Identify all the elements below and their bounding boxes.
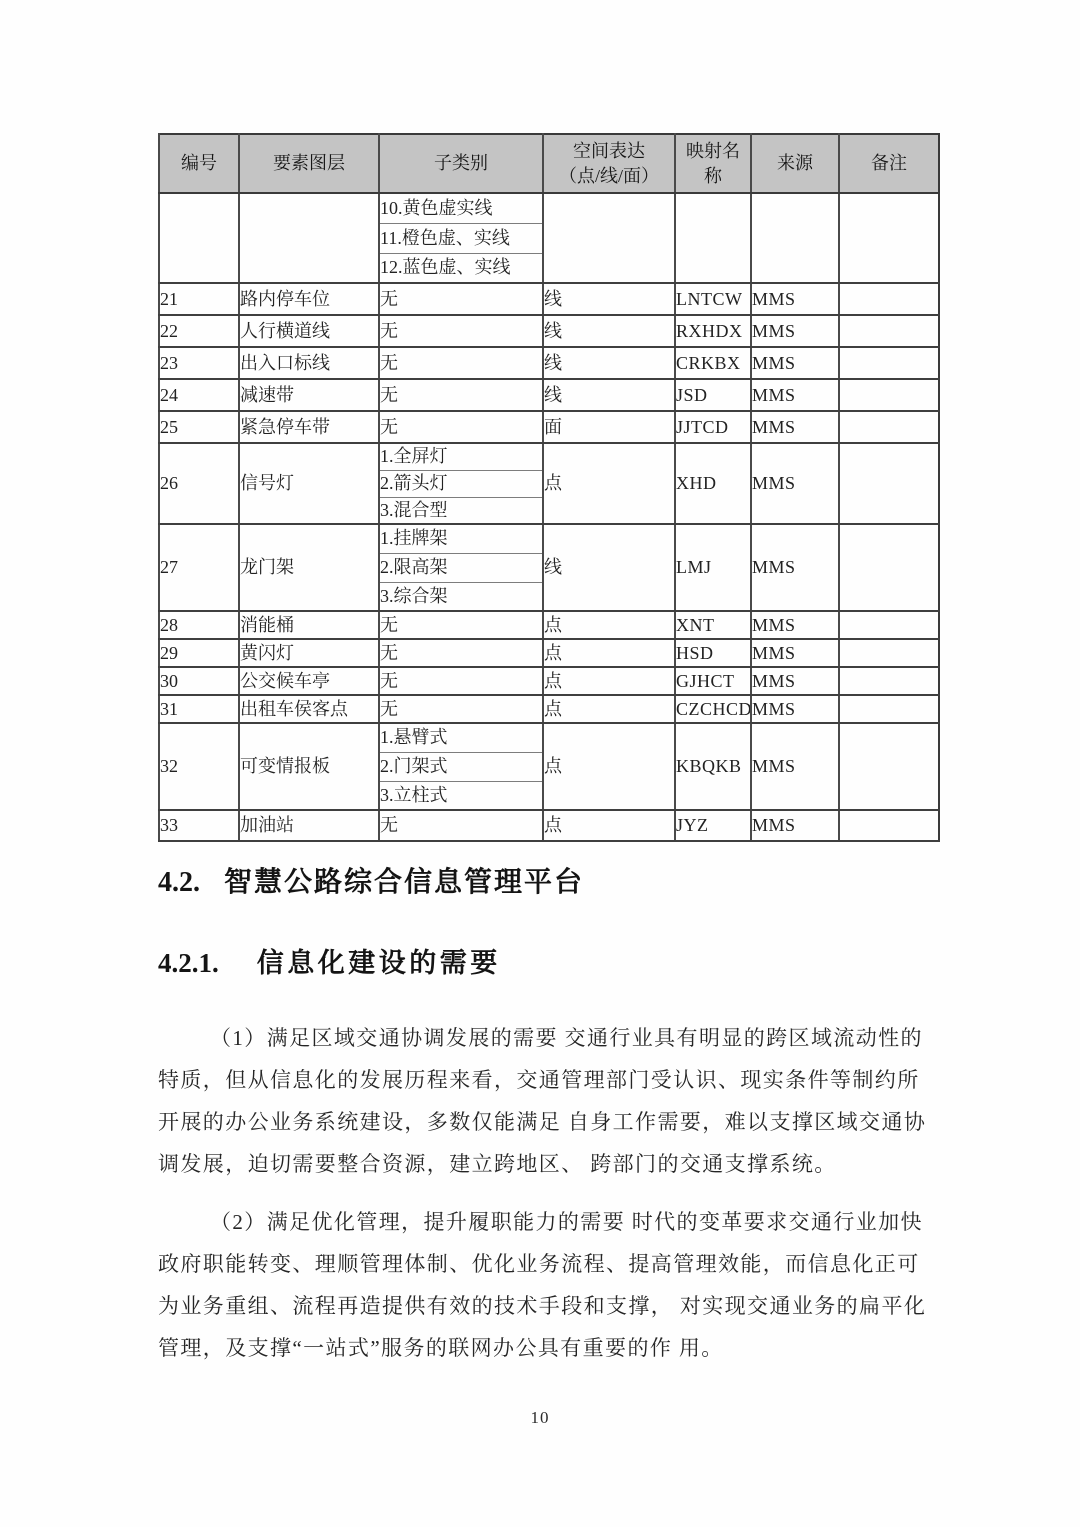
table-cell: 线	[543, 283, 675, 315]
table-cell: 线	[543, 524, 675, 611]
table-cell: 点	[543, 443, 675, 524]
table-cell	[543, 193, 675, 283]
section-heading: 4.2.智慧公路综合信息管理平台	[158, 860, 584, 900]
table-cell: MMS	[751, 695, 839, 723]
table-cell: MMS	[751, 315, 839, 347]
table-cell: LNTCW	[675, 283, 751, 315]
paragraph-1: （1）满足区域交通协调发展的需要 交通行业具有明显的跨区域流动性的 特质，但从信…	[158, 1017, 968, 1185]
section-title: 智慧公路综合信息管理平台	[224, 867, 584, 898]
table-cell	[839, 695, 939, 723]
table-cell: MMS	[751, 283, 839, 315]
table-cell: 线	[543, 315, 675, 347]
table-row: 26信号灯1.全屏灯点XHDMMS	[159, 443, 939, 470]
table-cell	[839, 315, 939, 347]
table-cell: 面	[543, 411, 675, 443]
table-cell	[839, 443, 939, 524]
table-cell: 无	[379, 810, 543, 841]
table-cell: 龙门架	[239, 524, 379, 611]
table-row: 28消能桶无点XNTMMS	[159, 611, 939, 639]
table-cell: 线	[543, 347, 675, 379]
table-cell: JYZ	[675, 810, 751, 841]
table-cell: 28	[159, 611, 239, 639]
column-header: 子类别	[379, 134, 543, 193]
table-cell: 无	[379, 379, 543, 411]
table-cell: 无	[379, 411, 543, 443]
table-cell: 路内停车位	[239, 283, 379, 315]
table-cell: 21	[159, 283, 239, 315]
table-cell: 3.立柱式	[379, 781, 543, 810]
table-cell: 点	[543, 611, 675, 639]
table-row: 29黄闪灯无点HSDMMS	[159, 639, 939, 667]
table-cell: 10.黄色虚实线	[379, 193, 543, 223]
table-cell	[839, 283, 939, 315]
table-row: 30公交候车亭无点GJHCTMMS	[159, 667, 939, 695]
table-cell: 点	[543, 695, 675, 723]
table-cell: 2.限高架	[379, 553, 543, 582]
table-cell: 消能桶	[239, 611, 379, 639]
table-cell	[159, 193, 239, 283]
table-cell: 无	[379, 695, 543, 723]
table-row: 10.黄色虚实线	[159, 193, 939, 223]
table-row: 25紧急停车带无面JJTCDMMS	[159, 411, 939, 443]
table-cell: MMS	[751, 443, 839, 524]
table-row: 27龙门架1.挂牌架线LMJMMS	[159, 524, 939, 553]
subsection-title: 信息化建设的需要	[257, 948, 501, 978]
table-cell: 点	[543, 810, 675, 841]
table-cell: MMS	[751, 611, 839, 639]
table-cell: 22	[159, 315, 239, 347]
table-cell: CZCHCD	[675, 695, 751, 723]
table-cell: 无	[379, 639, 543, 667]
table-cell: JJTCD	[675, 411, 751, 443]
table-cell: 12.蓝色虚、实线	[379, 253, 543, 283]
table-cell: MMS	[751, 379, 839, 411]
column-header: 来源	[751, 134, 839, 193]
page-number: 10	[0, 1408, 1080, 1428]
column-header: 映射名 称	[675, 134, 751, 193]
table-cell: 点	[543, 723, 675, 810]
table-cell	[751, 193, 839, 283]
document-page: 编号要素图层子类别空间表达 （点/线/面）映射名 称来源备注 10.黄色虚实线1…	[0, 0, 1080, 1527]
table-cell	[839, 611, 939, 639]
table-cell	[839, 524, 939, 611]
section-number: 4.2.	[158, 867, 200, 898]
subsection-number: 4.2.1.	[158, 948, 219, 978]
table-cell: MMS	[751, 810, 839, 841]
table-cell: 可变情报板	[239, 723, 379, 810]
header-row: 编号要素图层子类别空间表达 （点/线/面）映射名 称来源备注	[159, 134, 939, 193]
table-row: 21路内停车位无线LNTCWMMS	[159, 283, 939, 315]
paragraph-2: （2）满足优化管理，提升履职能力的需要 时代的变革要求交通行业加快 政府职能转变…	[158, 1201, 968, 1369]
table-cell: MMS	[751, 667, 839, 695]
table-cell: XNT	[675, 611, 751, 639]
table-cell: XHD	[675, 443, 751, 524]
table-cell: 33	[159, 810, 239, 841]
column-header: 备注	[839, 134, 939, 193]
column-header: 空间表达 （点/线/面）	[543, 134, 675, 193]
table-row: 31出租车侯客点无点CZCHCDMMS	[159, 695, 939, 723]
table-cell: 无	[379, 315, 543, 347]
table-cell: LMJ	[675, 524, 751, 611]
table-cell	[839, 347, 939, 379]
table-cell	[839, 193, 939, 283]
table-cell: MMS	[751, 411, 839, 443]
table-cell: MMS	[751, 347, 839, 379]
table-row: 32可变情报板1.悬臂式点KBQKBMMS	[159, 723, 939, 752]
table-cell: 公交候车亭	[239, 667, 379, 695]
table-cell: 24	[159, 379, 239, 411]
table-cell: 29	[159, 639, 239, 667]
table-cell: 信号灯	[239, 443, 379, 524]
table-cell	[839, 379, 939, 411]
table-cell	[839, 723, 939, 810]
table-cell: MMS	[751, 524, 839, 611]
table-cell	[839, 667, 939, 695]
table-cell	[839, 411, 939, 443]
table-cell	[839, 639, 939, 667]
table-cell: CRKBX	[675, 347, 751, 379]
table-cell: 3.综合架	[379, 582, 543, 611]
table-cell: 无	[379, 283, 543, 315]
feature-layer-table: 编号要素图层子类别空间表达 （点/线/面）映射名 称来源备注 10.黄色虚实线1…	[158, 133, 940, 842]
table-cell: 无	[379, 667, 543, 695]
table-row: 22人行横道线无线RXHDXMMS	[159, 315, 939, 347]
table-cell: 3.混合型	[379, 497, 543, 524]
table-cell: 2.门架式	[379, 752, 543, 781]
table-cell: 点	[543, 639, 675, 667]
table-cell: HSD	[675, 639, 751, 667]
table-cell: KBQKB	[675, 723, 751, 810]
table-cell: 出入口标线	[239, 347, 379, 379]
table-cell: 人行横道线	[239, 315, 379, 347]
table-cell: 27	[159, 524, 239, 611]
table-cell: 2.箭头灯	[379, 470, 543, 497]
table-row: 23出入口标线无线CRKBXMMS	[159, 347, 939, 379]
table-cell: GJHCT	[675, 667, 751, 695]
table-cell: 31	[159, 695, 239, 723]
subsection-heading: 4.2.1.信息化建设的需要	[158, 941, 501, 980]
table-cell: 26	[159, 443, 239, 524]
table-cell: 32	[159, 723, 239, 810]
table-cell: 无	[379, 611, 543, 639]
table-cell: 1.挂牌架	[379, 524, 543, 553]
column-header: 编号	[159, 134, 239, 193]
table-cell: 线	[543, 379, 675, 411]
table-cell: 黄闪灯	[239, 639, 379, 667]
table-row: 33加油站无点JYZMMS	[159, 810, 939, 841]
table-cell: MMS	[751, 639, 839, 667]
table-cell: 出租车侯客点	[239, 695, 379, 723]
table-cell: 无	[379, 347, 543, 379]
table-cell	[675, 193, 751, 283]
column-header: 要素图层	[239, 134, 379, 193]
table-cell: MMS	[751, 723, 839, 810]
table-cell: 11.橙色虚、实线	[379, 223, 543, 253]
table-cell: 1.悬臂式	[379, 723, 543, 752]
table-cell: 点	[543, 667, 675, 695]
table-cell	[839, 810, 939, 841]
table-header: 编号要素图层子类别空间表达 （点/线/面）映射名 称来源备注	[159, 134, 939, 193]
table-cell: 30	[159, 667, 239, 695]
table-cell	[239, 193, 379, 283]
table-cell: 减速带	[239, 379, 379, 411]
table-cell: JSD	[675, 379, 751, 411]
table-cell: 25	[159, 411, 239, 443]
table-cell: 紧急停车带	[239, 411, 379, 443]
table-cell: 23	[159, 347, 239, 379]
table-cell: 1.全屏灯	[379, 443, 543, 470]
table-cell: 加油站	[239, 810, 379, 841]
table-cell: RXHDX	[675, 315, 751, 347]
table-row: 24减速带无线JSDMMS	[159, 379, 939, 411]
